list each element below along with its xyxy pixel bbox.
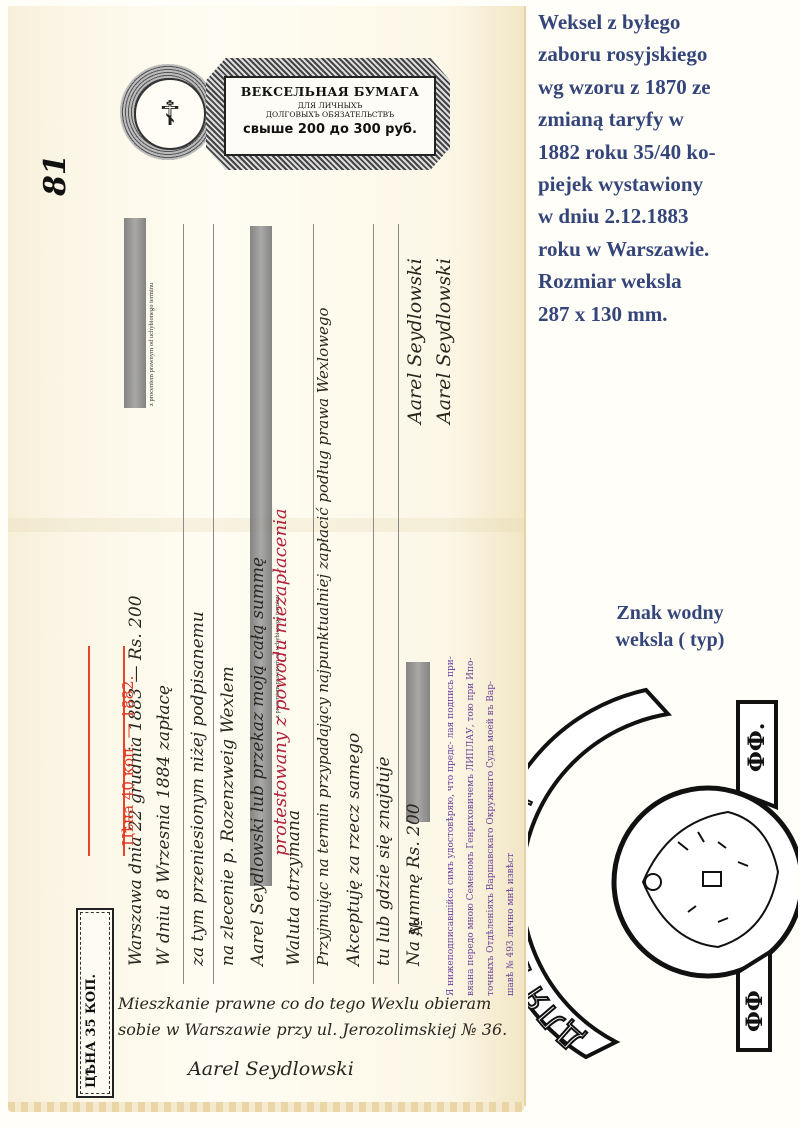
notary-line-4: шавѣ № 493 лично мнѣ извѣст xyxy=(501,656,521,996)
hand-line-3: za tym przeniesionym niżej podpisanemu xyxy=(188,611,208,966)
description-line: Rozmiar weksla xyxy=(538,265,800,297)
notary-line-1: Я нижеподписавшійся симъ удостовѣряю, чт… xyxy=(441,656,461,996)
signature-1: Aarel Seydlowski xyxy=(404,258,426,424)
price-stamp-35-text: ЦѢНА 35 КОП. xyxy=(84,974,99,1088)
footer-line-1: Mieszkanie prawne co do tego Wexlu obier… xyxy=(118,994,491,1013)
description-line: zaboru rosyjskiego xyxy=(538,38,800,70)
description-line: 1882 roku 35/40 ko- xyxy=(538,136,800,168)
price-stamp-40-text: Цѣна 40 коп. — 1882. xyxy=(119,676,137,846)
amount-bar-bottom xyxy=(406,662,430,822)
watermark-caption-line-2: weksla ( typ) xyxy=(570,627,770,654)
price-stamp-35-kop: ЦѢНА 35 КОП. xyxy=(76,908,114,1098)
price-stamp-40-kop: Цѣна 40 коп. — 1882. xyxy=(88,646,125,856)
hand-line-8: Akceptuję za rzecz samego xyxy=(344,733,364,966)
bill-of-exchange: ☦ ВЕКСЕЛЬНАЯ БУМАГА ДЛЯ ЛИЧНЫХЪ ДОЛГОВЫХ… xyxy=(8,6,526,1106)
header-line3: ДОЛГОВЫХЪ ОБЯЗАТЕЛЬСТВЪ xyxy=(226,110,434,119)
description-line: 287 x 130 mm. xyxy=(538,298,800,330)
header-text-box: ВЕКСЕЛЬНАЯ БУМАГА ДЛЯ ЛИЧНЫХЪ ДОЛГОВЫХЪ … xyxy=(224,76,436,156)
notary-line-2: вяана передо мною Семеномъ Генриховичемъ… xyxy=(461,656,481,996)
corner-number: 81 xyxy=(38,154,73,196)
hand-line-9: tu lub gdzie się znajduje xyxy=(374,756,394,966)
description-line: piejek wystawiony xyxy=(538,168,800,200)
header-cartouche: ☦ ВЕКСЕЛЬНАЯ БУМАГА ДЛЯ ЛИЧНЫХЪ ДОЛГОВЫХ… xyxy=(120,54,450,174)
amount-bar-top xyxy=(124,218,146,408)
double-headed-eagle-icon: ☦ xyxy=(134,78,206,150)
hand-line-2: W dniu 8 Wrzesnia 1884 zapłacę xyxy=(154,685,174,966)
watermark-drawing: ДЛЯ ВЕКСЕЛЕЙ ФФ. ФФ xyxy=(528,672,798,1072)
signature-2: Aarel Seydlowski xyxy=(433,258,455,424)
red-protest-annotation: protestowany z powodu niezapłacenia xyxy=(270,508,291,856)
description-line: wg wzoru z 1870 ze xyxy=(538,71,800,103)
header-amount: свыше 200 до 300 руб. xyxy=(226,122,434,137)
rule xyxy=(183,224,184,984)
watermark-caption-line-1: Znak wodny xyxy=(570,600,770,627)
monogram-top: ФФ. xyxy=(744,723,770,772)
description-line: zmianą taryfy w xyxy=(538,103,800,135)
rule xyxy=(398,224,399,984)
hand-line-7: Przyjmując na termin przypadający najpun… xyxy=(314,308,332,966)
watermark-caption: Znak wodny weksla ( typ) xyxy=(570,600,770,654)
hand-line-10: Na summę Rs. 200 xyxy=(404,803,424,966)
printed-interest-label: z procentem prawnym od uchybionego termi… xyxy=(148,283,155,406)
header-line2: ДЛЯ ЛИЧНЫХЪ xyxy=(226,101,434,110)
description-text: Weksel z byłego zaboru rosyjskiego wg wz… xyxy=(538,6,800,330)
center-circle xyxy=(614,788,798,976)
hand-line-5: Aarel Seydlowski lub przekaz moją całą s… xyxy=(248,557,268,966)
description-line: roku w Warszawie. xyxy=(538,233,800,265)
header-title: ВЕКСЕЛЬНАЯ БУМАГА xyxy=(226,84,434,99)
notary-stamp: Я нижеподписавшійся симъ удостовѣряю, чт… xyxy=(441,656,521,996)
footer-line-2: sobie w Warszawie przy ul. Jerozolimskie… xyxy=(118,1020,507,1039)
notary-line-3: точныхъ Отдѣленіяхъ Варшавскаго Окружнаг… xyxy=(481,656,501,996)
rule xyxy=(213,224,214,984)
hand-line-4: na zlecenie p. Rozenzweig Wexlem xyxy=(218,666,238,966)
description-line: Weksel z byłego xyxy=(538,6,800,38)
footer-signature: Aarel Seydlowski xyxy=(188,1058,354,1080)
description-line: w dniu 2.12.1883 xyxy=(538,200,800,232)
monogram-bottom: ФФ xyxy=(742,990,768,1032)
emblem-medallion: ☦ xyxy=(120,64,216,160)
number-label: № xyxy=(406,919,427,936)
